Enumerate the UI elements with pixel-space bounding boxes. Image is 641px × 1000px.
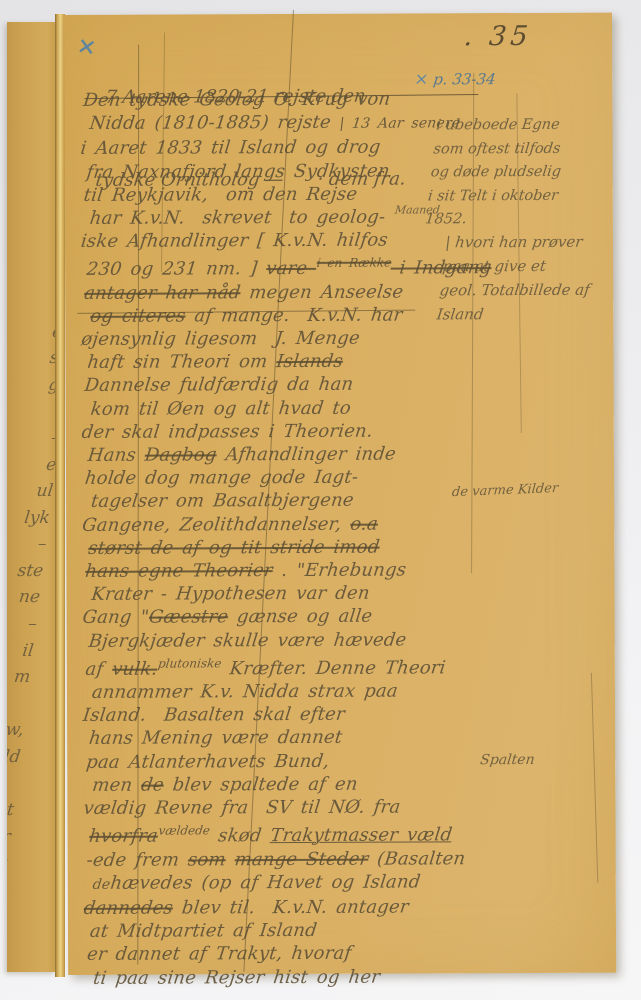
handwritten-line: øjensynlig ligesom J. Menge (80, 326, 503, 351)
text-segment: hans Mening være dannet (88, 727, 344, 749)
text-segment: Islands (275, 351, 344, 372)
note-line: – (7, 531, 48, 558)
handwritten-line: -ede frem som mange Steder (Basalten (85, 847, 505, 872)
text-segment: vældig Revne fra SV til NØ. fra (82, 797, 401, 819)
text-segment: Gang " (81, 607, 150, 628)
handwritten-line: dehævedes (op af Havet og Island (91, 870, 505, 897)
handwritten-line: hans egne Theorier . "Erhebungs (84, 558, 504, 583)
handwritten-line: annammer K.v. Nidda strax paa (91, 679, 505, 704)
note-line: lw (7, 850, 9, 877)
margin-note-kilder: de varme Kilder (451, 481, 558, 500)
text-segment: hævedes (op af Havet og Island (109, 871, 421, 893)
text-segment: paa Atlanterhavets Bund, (85, 751, 330, 773)
text-segment: i en Række (316, 256, 392, 270)
text-segment: er dannet af Trakyt, hvoraf (86, 943, 353, 965)
text-segment: vældede (158, 824, 211, 838)
manuscript-page: . 35 × 7 Aarene 1820-21 rejste den tydsk… (64, 13, 616, 975)
text-segment: vulk. (111, 658, 159, 679)
text-segment: holde dog mange gode Iagt- (84, 467, 360, 489)
text-segment: tagelser om Basaltbjergene (90, 490, 355, 512)
handwritten-line: vældig Revne fra SV til NØ. fra (82, 795, 505, 820)
note-line: Island (435, 302, 588, 327)
handwritten-line: tagelser om Basaltbjergene (90, 489, 504, 514)
margin-note-death: i ubeboede Egnesom oftest tilfodsog døde… (424, 114, 568, 233)
handwritten-line: Gang "Gæestre gænse og alle (81, 605, 504, 630)
photo-backdrop: –hvho,sletwlek Jhj ileksug] –eullyk–sten… (0, 0, 641, 1000)
text-segment: haft sin Theori om (86, 351, 277, 373)
handwritten-line: Gangene, Zeolithdannelser, o.a (81, 512, 504, 537)
note-line: J (7, 212, 56, 239)
handwritten-line: holde dog mange gode Iagt- (84, 465, 504, 490)
handwritten-line: ti paa sine Rejser hist og her (92, 965, 506, 990)
handwritten-line: men de blev spaltede af en (91, 772, 505, 797)
text-segment: mange Steder (233, 848, 369, 870)
text-segment: megen Anseelse (239, 281, 404, 303)
note-line: – (7, 611, 38, 638)
crease-line (591, 673, 598, 883)
note-line: hj (7, 239, 56, 266)
text-segment: iske Afhandlinger [ K.v.N. hilfos (80, 230, 389, 252)
note-line: geol. Totalbillede af (438, 278, 591, 303)
handwritten-line: dannedes blev til. K.v.N. antager (83, 895, 506, 920)
note-line: ste (7, 558, 45, 585)
note-line: il (7, 292, 56, 319)
text-segment: o.a (349, 513, 379, 534)
margin-note-spalten: Spalten (479, 752, 535, 768)
handwritten-line: kom til Øen og alt hvad to (89, 396, 503, 421)
text-segment: gænse og alle (227, 606, 374, 628)
text-segment: Gangene, Zeolithdannelser, (81, 513, 352, 535)
text-segment: størst de af og tit stride imod (87, 536, 381, 558)
page-number-prefix: . (463, 21, 491, 52)
note-line: su (7, 345, 56, 372)
handwritten-line: at Midtpartiet af Island (89, 918, 506, 943)
text-segment: men (91, 775, 142, 796)
handwritten-line: Krater - Hypothesen var den (90, 581, 504, 606)
text-segment: antager har nåd (83, 282, 242, 304)
note-line (7, 398, 56, 425)
text-segment: Afhandlinger inde (215, 444, 397, 466)
text-segment: dannedes (83, 897, 175, 918)
text-segment: Dannelse fuldfærdig da han (83, 374, 354, 396)
note-line: w, (7, 717, 25, 744)
text-segment: skød (208, 825, 272, 846)
text-segment: Trakytmasser væld (269, 825, 453, 847)
handwritten-line: er dannet af Trakyt, hvoraf (86, 941, 506, 966)
text-segment: Bjergkjæder skulle være hævede (88, 629, 408, 651)
adjacent-page-edge: –hvho,sletwlek Jhj ileksug] –eullyk–sten… (7, 22, 56, 972)
note-line (7, 691, 29, 718)
handwritten-line: 230 og 231 nm. ] vare i en Række i Indga… (85, 252, 502, 282)
text-segment: blev spaltede af en (163, 774, 359, 796)
text-segment: i Aaret 1833 til Island og drog (79, 137, 381, 159)
blue-cross-mark: × (75, 31, 99, 61)
handwritten-line: paa Atlanterhavets Bund, (85, 749, 505, 774)
note-line: il (7, 638, 35, 665)
note-line (7, 771, 19, 798)
note-line: | hvori han prøver (444, 230, 597, 255)
text-segment: til Reykjavik, om den Rejse (83, 184, 359, 206)
text-segment: . "Erhebungs (272, 560, 408, 582)
text-segment: kom til Øen og alt hvad to (89, 397, 352, 419)
note-line: m (7, 664, 32, 691)
note-line: 1852. (424, 208, 557, 232)
adjacent-page-text: –hvho,sletwlek Jhj ileksug] –eullyk–sten… (7, 26, 56, 957)
text-segment: som (187, 849, 227, 870)
text-segment: ti paa sine Rejser hist og her (92, 966, 381, 988)
text-segment: hans egne Theorier (84, 560, 274, 582)
text-segment: at Midtpartiet af Island (89, 920, 318, 942)
note-line: lek (7, 159, 56, 186)
text-segment: der skal indpasses i Theorien. (81, 420, 374, 442)
handwritten-line: Island. Basalten skal efter (82, 702, 505, 727)
text-segment: Krater - Hypothesen var den (90, 583, 371, 605)
text-segment: Kræfter. Denne Theori (220, 657, 447, 679)
note-line: ho, (7, 79, 56, 106)
note-line (7, 265, 56, 292)
text-segment: Dagbog (144, 444, 218, 465)
text-segment: de (140, 774, 165, 795)
margin-note-overview: | hvori han prøverpaa at give etgeol. To… (435, 230, 596, 327)
handwritten-line: Den tydske Geolog O. Krug von (82, 87, 502, 112)
handwritten-line: Hans Dagbog Afhandlinger inde (87, 442, 504, 467)
note-line: ek (7, 319, 56, 346)
note-line: ne (7, 584, 42, 611)
note-line: og døde pludselig (429, 161, 562, 185)
text-segment: Den tydske Geolog O. Krug von (82, 89, 391, 111)
text-segment: Island. Basalten skal efter (82, 704, 346, 726)
handwritten-line: hans Mening være dannet (88, 726, 505, 751)
text-segment: har K.v.N. skrevet to geolog- (89, 207, 387, 229)
text-segment: øjensynlig ligesom J. Menge (80, 328, 361, 350)
text-segment: fra Naxnafjord langs Sydkysten (85, 160, 390, 182)
note-line: hv (7, 53, 56, 80)
handwritten-line: størst de af og tit stride imod (87, 535, 504, 560)
text-segment: vare (265, 258, 317, 279)
note-line: tw (7, 132, 56, 159)
note-line: sle (7, 106, 56, 133)
text-segment: de (92, 877, 112, 893)
note-line: ul (7, 478, 55, 505)
text-segment: Gæestre (148, 607, 230, 628)
handwritten-line: Dannelse fuldfærdig da han (83, 373, 503, 398)
text-segment: af (84, 659, 113, 680)
note-line: ld (7, 744, 22, 771)
text-segment: hvorfra (88, 826, 159, 847)
page-number: . 35 (463, 21, 534, 52)
text-segment: plutoniske (157, 656, 222, 670)
handwritten-line: der skal indpasses i Theorien. (80, 419, 503, 444)
note-line: lyk (7, 505, 51, 532)
note-line: – (7, 425, 56, 452)
handwritten-line: af vulk.plutoniske Kræfter. Denne Theori (84, 651, 504, 681)
note-line (7, 186, 56, 213)
page-fold-edge (55, 14, 65, 977)
note-line: er (7, 824, 12, 851)
note-line: i sit Telt i oktober (427, 185, 560, 209)
text-segment: (Basalten (367, 848, 466, 869)
handwritten-line: Bjergkjæder skulle være hævede (87, 628, 504, 653)
margin-note-maaned: Maaned (394, 203, 441, 216)
note-line: – (7, 26, 56, 53)
text-segment: Nidda (1810-1885) rejste (88, 112, 341, 134)
note-line: at (7, 797, 15, 824)
handwritten-line: haft sin Theori om Islands (86, 349, 503, 374)
handwritten-line: hvorfravældede skød Trakytmasser væld (88, 818, 505, 848)
text-segment: blev til. K.v.N. antager (172, 896, 410, 918)
note-line: i ubeboede Egne (435, 114, 568, 138)
note-line: g] (7, 372, 56, 399)
note-line: som oftest tilfods (432, 137, 565, 161)
note-line: e (7, 452, 56, 479)
text-segment: 230 og 231 nm. ] (86, 259, 268, 281)
text-segment: af mange. K.v.N. har (184, 304, 403, 326)
